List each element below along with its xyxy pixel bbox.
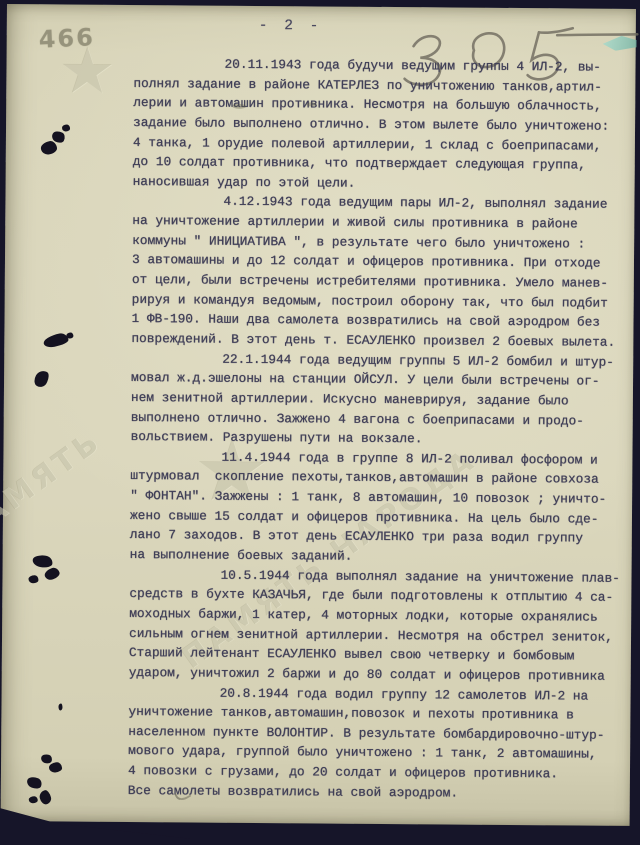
ink-blot (49, 762, 63, 773)
document-body: 20.11.1943 года будучи ведущим группы 4 … (128, 54, 630, 804)
ink-blot (25, 775, 43, 791)
smudge-mark (306, 102, 316, 106)
ink-blot (42, 332, 69, 349)
document-page: ★ ★ ПАМЯТЬ НАРОДА ПАМЯТЬ 466 - 2 - (1, 4, 636, 826)
archive-stamp-number: 466 (38, 23, 95, 53)
text-line: ударом, уничтожил 2 баржи и до 80 солдат… (129, 663, 625, 687)
text-line: повреждений. В этот день т. ЕСАУЛЕНКО пр… (131, 329, 627, 353)
paragraph: 20.11.1943 года будучи ведущим группы 4 … (133, 54, 630, 195)
smudge-mark (232, 104, 246, 109)
ink-blot (58, 703, 62, 710)
scan-background: ★ ★ ПАМЯТЬ НАРОДА ПАМЯТЬ 466 - 2 - (0, 0, 640, 845)
paragraph: 22.1.1944 года ведущим группы 5 ИЛ-2 бом… (131, 349, 628, 451)
paragraph: 11.4.1944 года в группе 8 ИЛ-2 поливал ф… (130, 447, 627, 569)
ink-blot (32, 368, 52, 389)
paragraph: 10.5.1944 года выполнял задание на уничт… (129, 565, 626, 687)
ink-blot (43, 566, 61, 581)
ink-blot (40, 140, 58, 155)
page-number: - 2 - (259, 18, 323, 34)
ink-blot (66, 332, 73, 338)
ink-blot (32, 554, 54, 569)
ink-blot (62, 124, 70, 131)
text-line: на выполнение боевых заданий. (130, 545, 626, 569)
text-line: вольствием. Разрушены пути на вокзале. (131, 427, 627, 451)
watermark-word: ПАМЯТЬ (0, 423, 108, 550)
ink-blot (38, 789, 52, 805)
paragraph: 20.8.1944 года водил группу 12 самолетов… (128, 682, 625, 804)
ink-blot (29, 796, 38, 803)
watermark-text: ПАМЯТЬ (0, 423, 108, 550)
text-line: Все самолеты возвратились на свой аэродр… (128, 781, 624, 805)
paragraph: 4.12.1943 года ведущим пары ИЛ-2, выполн… (131, 191, 628, 352)
ink-blot (28, 575, 38, 583)
